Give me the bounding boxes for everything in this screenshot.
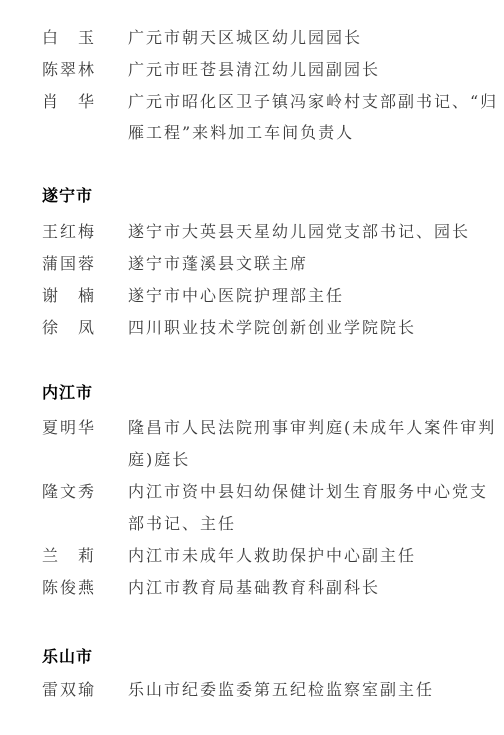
list-item-continuation: 庭)庭长 <box>0 444 504 476</box>
list-item: 肖 华 广元市昭化区卫子镇冯家岭村支部副书记、“归 <box>0 86 504 118</box>
person-title: 内江市资中县妇幼保健计划生育服务中心党支 <box>128 476 488 508</box>
person-name: 陈翠林 <box>42 54 96 86</box>
person-name: 肖 华 <box>42 86 96 118</box>
person-name: 徐 凤 <box>42 312 96 344</box>
list-item-continuation: 雁工程”来料加工车间负责人 <box>0 117 504 149</box>
person-title: 内江市教育局基础教育科副科长 <box>128 572 380 604</box>
section-heading-suining: 遂宁市 <box>42 180 93 212</box>
section-heading-neijiang: 内江市 <box>42 377 93 409</box>
person-name: 王红梅 <box>42 216 96 248</box>
person-title-continued: 雁工程”来料加工车间负责人 <box>128 117 354 149</box>
list-item-continuation: 部书记、主任 <box>0 508 504 540</box>
list-item: 徐 凤 四川职业技术学院创新创业学院院长 <box>0 312 504 344</box>
list-item: 谢 楠 遂宁市中心医院护理部主任 <box>0 280 504 312</box>
list-item: 夏明华 隆昌市人民法院刑事审判庭(未成年人案件审判 <box>0 412 504 444</box>
person-name: 陈俊燕 <box>42 572 96 604</box>
list-item: 陈翠林 广元市旺苍县清江幼儿园副园长 <box>0 54 504 86</box>
list-item: 蒲国蓉 遂宁市蓬溪县文联主席 <box>0 248 504 280</box>
list-item: 兰 莉 内江市未成年人救助保护中心副主任 <box>0 540 504 572</box>
person-title: 乐山市纪委监委第五纪检监察室副主任 <box>128 674 434 706</box>
person-title: 四川职业技术学院创新创业学院院长 <box>128 312 416 344</box>
list-item: 白 玉 广元市朝天区城区幼儿园园长 <box>0 22 504 54</box>
person-title: 内江市未成年人救助保护中心副主任 <box>128 540 416 572</box>
person-title: 遂宁市大英县天星幼儿园党支部书记、园长 <box>128 216 470 248</box>
list-item: 雷双瑜 乐山市纪委监委第五纪检监察室副主任 <box>0 674 504 706</box>
person-name: 白 玉 <box>42 22 96 54</box>
person-title: 遂宁市中心医院护理部主任 <box>128 280 344 312</box>
person-name: 隆文秀 <box>42 476 96 508</box>
section-heading-leshan: 乐山市 <box>42 641 93 673</box>
person-title-continued: 部书记、主任 <box>128 508 236 540</box>
person-name: 蒲国蓉 <box>42 248 96 280</box>
person-title: 遂宁市蓬溪县文联主席 <box>128 248 308 280</box>
person-title-continued: 庭)庭长 <box>128 444 190 476</box>
person-name: 兰 莉 <box>42 540 96 572</box>
person-name: 夏明华 <box>42 412 96 444</box>
person-name: 雷双瑜 <box>42 674 96 706</box>
list-item: 隆文秀 内江市资中县妇幼保健计划生育服务中心党支 <box>0 476 504 508</box>
list-item: 陈俊燕 内江市教育局基础教育科副科长 <box>0 572 504 604</box>
list-item: 王红梅 遂宁市大英县天星幼儿园党支部书记、园长 <box>0 216 504 248</box>
person-title: 广元市朝天区城区幼儿园园长 <box>128 22 362 54</box>
person-title: 广元市旺苍县清江幼儿园副园长 <box>128 54 380 86</box>
person-title: 广元市昭化区卫子镇冯家岭村支部副书记、“归 <box>128 86 498 118</box>
person-title: 隆昌市人民法院刑事审判庭(未成年人案件审判 <box>128 412 496 444</box>
person-name: 谢 楠 <box>42 280 96 312</box>
